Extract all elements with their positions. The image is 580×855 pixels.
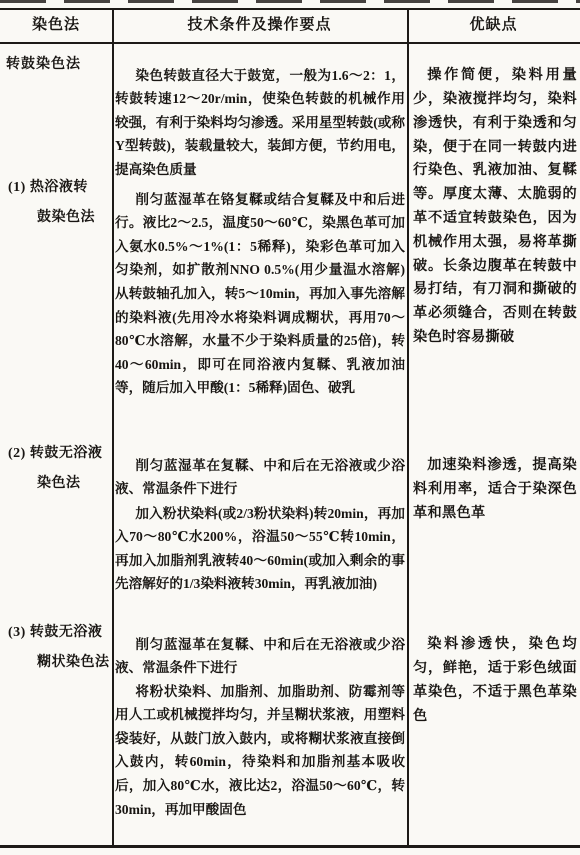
scanned-dyeing-methods-table: 染色法 技术条件及操作要点 优缺点 转鼓染色法 染色转鼓直径大于鼓宽，一般为1.… xyxy=(0,0,580,855)
conditions-paragraph-drum-dyeing: 染色转鼓直径大于鼓宽，一般为1.6～2：1，转鼓转速12～20r/min，使染色… xyxy=(115,64,405,182)
method-label-drum-dyeing: 转鼓染色法 xyxy=(6,50,108,80)
pros-cons-paragraph-paste: 染料渗透快，染色均匀，鲜艳，适于彩色绒面革染色，不适于黑色革染色 xyxy=(413,633,577,728)
conditions-paragraph-paste-1: 削匀蓝湿革在复鞣、中和后在无浴液或少浴液、常温条件下进行 xyxy=(115,633,405,680)
conditions-paragraph-no-bath-1: 削匀蓝湿革在复鞣、中和后在无浴液或少浴液、常温条件下进行 xyxy=(115,454,405,501)
table-bottom-border xyxy=(0,845,580,848)
method-label-line: (1) 热浴液转 xyxy=(8,173,110,203)
conditions-paragraph-no-bath-2: 加入粉状染料(或2/3粉状染料)转20min，再加入70～80℃水200%，浴温… xyxy=(115,502,405,596)
column-divider-1 xyxy=(112,8,114,846)
method-label-hot-bath-drum-dyeing: (1) 热浴液转 鼓染色法 xyxy=(8,173,110,233)
conditions-paragraph-paste-2: 将粉状染料、加脂剂、加脂助剂、防霉剂等用人工或机械搅拌均匀，并呈糊状浆液，用塑料… xyxy=(115,680,405,822)
method-label-no-bath-drum-dyeing: (2) 转鼓无浴液 染色法 xyxy=(8,439,110,499)
column-header-conditions: 技术条件及操作要点 xyxy=(112,9,407,42)
conditions-paragraph-hot-bath: 削匀蓝湿革在铬复鞣或结合复鞣及中和后进行。液比2～2.5，温度50～60℃，染黑… xyxy=(115,188,405,400)
header-separator-line xyxy=(0,42,580,44)
scan-artifact-line xyxy=(0,0,580,3)
method-label-line: 鼓染色法 xyxy=(8,203,110,233)
method-label-line: 染色法 xyxy=(8,469,110,499)
column-header-pros-cons: 优缺点 xyxy=(407,9,580,42)
column-header-method: 染色法 xyxy=(0,9,112,42)
method-label-line: 糊状染色法 xyxy=(8,648,110,678)
column-divider-2 xyxy=(407,8,409,846)
pros-cons-paragraph-drum-dyeing: 操作简便，染料用量少，染液搅拌均匀，染料渗透快，有利于染透和匀染，便于在同一转鼓… xyxy=(413,64,577,350)
method-label-line: (2) 转鼓无浴液 xyxy=(8,439,110,469)
pros-cons-paragraph-no-bath: 加速染料渗透，提高染料利用率，适合于染深色革和黑色革 xyxy=(413,454,577,525)
method-label-line: (3) 转鼓无浴液 xyxy=(8,618,110,648)
method-label-paste-drum-dyeing: (3) 转鼓无浴液 糊状染色法 xyxy=(8,618,110,678)
method-label-line: 转鼓染色法 xyxy=(6,50,108,80)
